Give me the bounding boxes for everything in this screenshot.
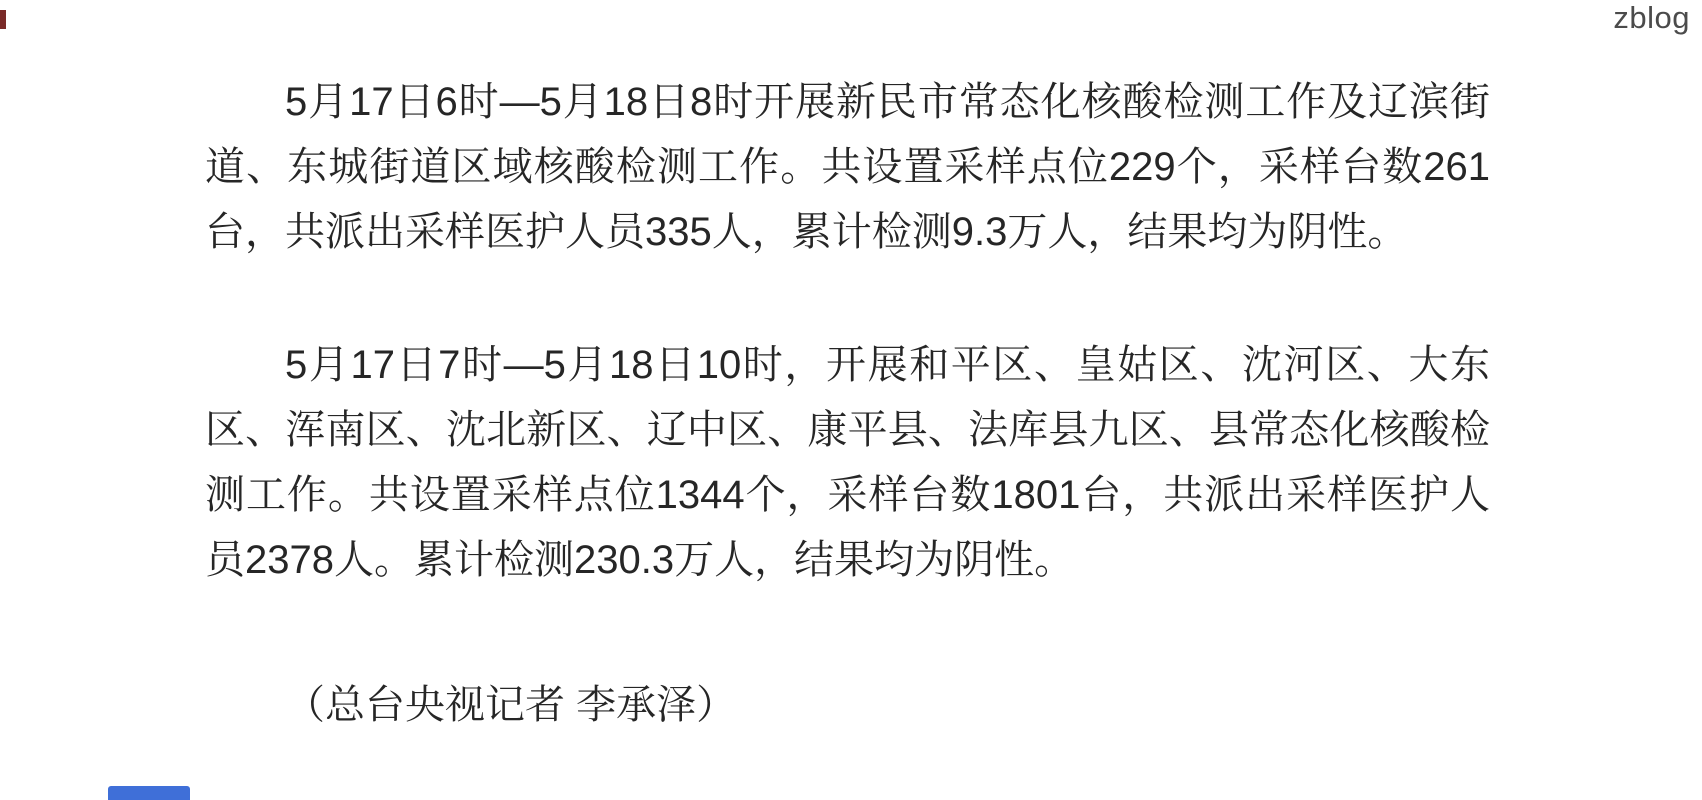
reporter-credit: （总台央视记者 李承泽） xyxy=(205,673,1490,738)
article-body: 5月17日6时—5月18日8时开展新民市常态化核酸检测工作及辽滨街道、东城街道区… xyxy=(205,70,1490,738)
zblog-watermark: zblog xyxy=(1613,0,1690,36)
left-edge-artifact xyxy=(0,10,6,29)
paragraph-testing-xinmin: 5月17日6时—5月18日8时开展新民市常态化核酸检测工作及辽滨街道、东城街道区… xyxy=(205,70,1490,265)
paragraph-testing-nine-districts: 5月17日7时—5月18日10时，开展和平区、皇姑区、沈河区、大东区、浑南区、沈… xyxy=(205,333,1490,593)
article-page: zblog 5月17日6时—5月18日8时开展新民市常态化核酸检测工作及辽滨街道… xyxy=(0,0,1702,800)
partial-blue-button[interactable] xyxy=(108,786,190,800)
